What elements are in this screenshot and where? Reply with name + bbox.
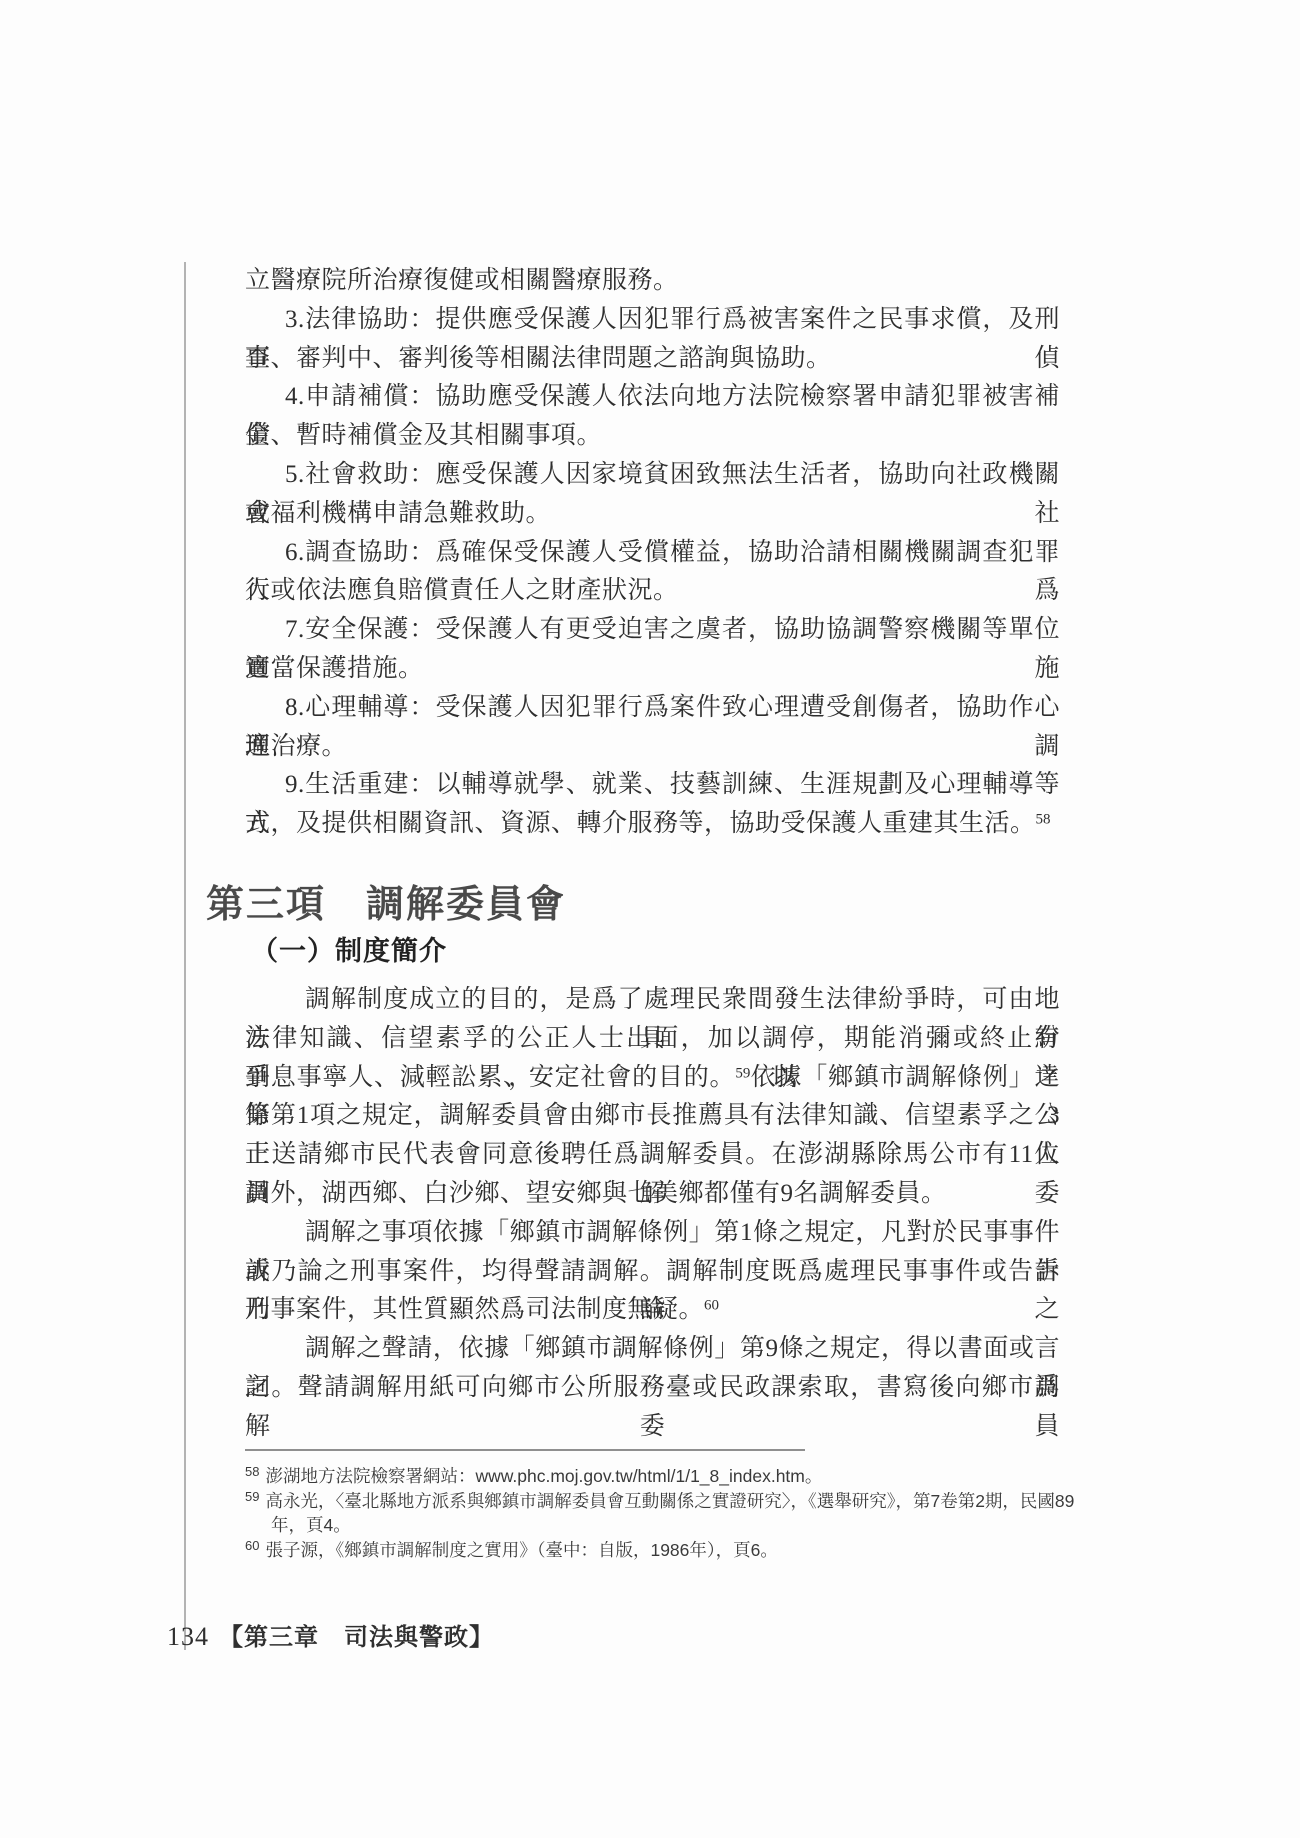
body-line: 之。聲請調解用紙可向鄉市公所服務臺或民政課索取，書寫後向鄉市調解委員: [245, 1369, 1060, 1408]
body-line: 調解制度成立的目的，是爲了處理民衆間發生法律紛爭時，可由地方具有: [245, 981, 1060, 1020]
body-line: 到息事寧人、減輕訟累、安定社會的目的。59依據「鄉鎮市調解條例」之第3: [245, 1059, 1060, 1098]
footnotes: 58澎湖地方法院檢察署網站：www.phc.moj.gov.tw/html/1/…: [245, 1464, 1085, 1563]
footnote-number: 58: [245, 1464, 259, 1479]
footnote-reference: 58: [1036, 812, 1051, 828]
footnote-reference: 60: [704, 1298, 719, 1314]
footnote-line: 年，頁4。: [245, 1513, 1085, 1538]
body-line: 3.法律協助：提供應受保護人因犯罪行爲被害案件之民事求償，及刑事偵: [245, 301, 1060, 340]
chapter-label: 【第三章 司法與警政】: [219, 1625, 494, 1651]
body-line: 6.調查協助：爲確保受保護人受償權益，協助洽請相關機關調查犯罪行爲: [245, 534, 1060, 573]
book-page: 立醫療院所治療復健或相關醫療服務。3.法律協助：提供應受保護人因犯罪行爲被害案件…: [0, 0, 1300, 1838]
footnote-line: 59高永光，〈臺北縣地方派系與鄉鎮市調解委員會互動關係之實證研究〉，《選舉研究》…: [245, 1489, 1085, 1514]
body-line: 8.心理輔導：受保護人因犯罪行爲案件致心理遭受創傷者，協助作心理調: [245, 689, 1060, 728]
body-line: 法律知識、信望素孚的公正人士出面，加以調停，期能消彌或終止紛爭，以達: [245, 1020, 1060, 1059]
body-line: 9.生活重建：以輔導就學、就業、技藝訓練、生涯規劃及心理輔導等方: [245, 766, 1060, 805]
body-line: 訴乃論之刑事案件，均得聲請調解。調解制度既爲處理民事事件或告訴乃論之: [245, 1253, 1060, 1292]
body-line: 4.申請補償：協助應受保護人依法向地方法院檢察署申請犯罪被害補償: [245, 378, 1060, 417]
body-line: 員外，湖西鄉、白沙鄉、望安鄉與七美鄉都僅有9名調解委員。: [245, 1175, 1060, 1214]
body-line: 金、暫時補償金及其相關事項。: [245, 417, 1060, 456]
body-line: 士送請鄉市民代表會同意後聘任爲調解委員。在澎湖縣除馬公市有11位調解委: [245, 1136, 1060, 1175]
footnote-line: 60張子源，《鄉鎮市調解制度之實用》（臺中：自版，1986年），頁6。: [245, 1538, 1085, 1563]
page-edge-line: [184, 262, 186, 1650]
body-line: 調解之事項依據「鄉鎮市調解條例」第1條之規定，凡對於民事事件或告: [245, 1214, 1060, 1253]
footnote-number: 59: [245, 1489, 259, 1504]
page-number: 134: [167, 1622, 209, 1651]
body-line: 式，及提供相關資訊、資源、轉介服務等，協助受保護人重建其生活。58: [245, 805, 1060, 844]
body-line: 7.安全保護：受保護人有更受迫害之虞者，協助協調警察機關等單位實施: [245, 611, 1060, 650]
footnote-separator: [245, 1449, 805, 1451]
page-footer: 134【第三章 司法與警政】: [167, 1620, 494, 1658]
body-line: 條第1項之規定，調解委員會由鄉市長推薦具有法律知識、信望素孚之公正人: [245, 1097, 1060, 1136]
body-text-block-top: 立醫療院所治療復健或相關醫療服務。3.法律協助：提供應受保護人因犯罪行爲被害案件…: [245, 262, 1060, 844]
body-line: 調解之聲請，依據「鄉鎮市調解條例」第9條之規定，得以書面或言詞爲: [245, 1330, 1060, 1369]
body-line: 5.社會救助：應受保護人因家境貧困致無法生活者，協助向社政機關或社: [245, 456, 1060, 495]
footnote-number: 60: [245, 1538, 259, 1553]
subsection-heading: （一）制度簡介: [251, 934, 447, 968]
section-heading: 第三項 調解委員會: [206, 880, 566, 930]
footnote-line: 58澎湖地方法院檢察署網站：www.phc.moj.gov.tw/html/1/…: [245, 1464, 1085, 1489]
footnote-reference: 59: [735, 1065, 750, 1081]
body-line: 立醫療院所治療復健或相關醫療服務。: [245, 262, 1060, 301]
body-text-block-bottom: 調解制度成立的目的，是爲了處理民衆間發生法律紛爭時，可由地方具有法律知識、信望素…: [245, 981, 1060, 1408]
